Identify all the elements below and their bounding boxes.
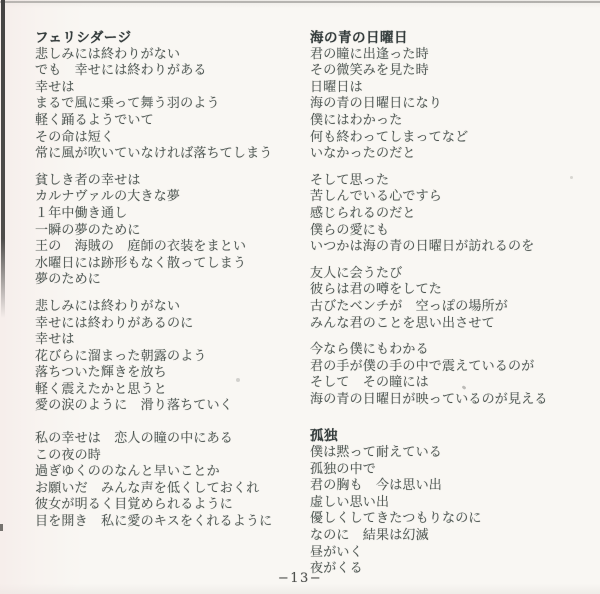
lyric-line: 今なら僕にもわかる xyxy=(310,342,548,359)
lyric-line: 僕らの愛にも xyxy=(310,223,548,240)
lyric-line: 貧しき者の幸せは xyxy=(35,173,272,190)
booklet-page: フェリシダージ悲しみには終わりがないでも 幸せには終わりがある幸せはまるで風に乗… xyxy=(0,0,600,594)
lyric-line: 夢のために xyxy=(35,272,272,289)
song-title: フェリシダージ xyxy=(35,30,272,47)
lyric-line: 王の 海賊の 庭師の衣装をまとい xyxy=(35,239,272,256)
lyric-line: 過ぎゆくののなんと早いことか xyxy=(35,464,272,481)
lyric-block: 孤独僕は黙って耐えている孤独の中で君の胸も 今は思い出虚しい思い出優しくしてきた… xyxy=(310,428,548,577)
lyric-line: 愛の涙のように 滑り落ちていく xyxy=(35,398,272,415)
lyric-line: 目を開き 私に愛のキスをくれるように xyxy=(35,514,272,531)
lyric-line: そして その瞳には xyxy=(310,375,548,392)
lyric-line: 苦しんでいる心ですら xyxy=(310,189,548,206)
lyric-block: フェリシダージ悲しみには終わりがないでも 幸せには終わりがある幸せはまるで風に乗… xyxy=(35,30,272,163)
lyric-line: カルナヴァルの大きな夢 xyxy=(35,189,272,206)
lyric-line: 昼がいく xyxy=(310,545,548,562)
lyric-line: お願いだ みんな声を低くしておくれ xyxy=(35,481,272,498)
page-number: −13− xyxy=(0,571,600,587)
lyric-block: 海の青の日曜日君の瞳に出逢った時その微笑みを見た時日曜日は海の青の日曜日になり僕… xyxy=(310,30,548,163)
lyric-line: その命は短く xyxy=(35,130,272,147)
lyric-line: 友人に会うたび xyxy=(310,266,548,283)
lyric-line: 君の手が僕の手の中で震えているのが xyxy=(310,359,548,376)
lyric-line: 花びらに溜まった朝露のよう xyxy=(35,349,272,366)
lyric-line: この夜の時 xyxy=(35,448,272,465)
lyric-block: 悲しみには終わりがない幸せには終わりがあるのに幸せは花びらに溜まった朝露のよう落… xyxy=(35,299,272,415)
lyric-line: 何も終わってしまってなど xyxy=(310,130,548,147)
lyric-line: 悲しみには終わりがない xyxy=(35,47,272,64)
lyric-line: その微笑みを見た時 xyxy=(310,63,548,80)
lyric-line: 幸せには終わりがあるのに xyxy=(35,316,272,333)
lyrics-column-left: フェリシダージ悲しみには終わりがないでも 幸せには終わりがある幸せはまるで風に乗… xyxy=(35,30,272,531)
lyric-block: 私の幸せは 恋人の瞳の中にあるこの夜の時過ぎゆくののなんと早いことかお願いだ み… xyxy=(35,431,272,531)
lyric-line: 日曜日は xyxy=(310,80,548,97)
lyric-line: 優しくしてきたつもりなのに xyxy=(310,511,548,528)
lyric-line: 僕は黙って耐えている xyxy=(310,445,548,462)
lyric-block: 友人に会うたび彼らは君の噂をしてた古びたベンチが 空っぽの場所がみんな君のことを… xyxy=(310,266,548,332)
lyric-line: 海の青の日曜日が映っているのが見える xyxy=(310,392,548,409)
scan-speckle xyxy=(0,524,3,531)
lyrics-column-right: 海の青の日曜日君の瞳に出逢った時その微笑みを見た時日曜日は海の青の日曜日になり僕… xyxy=(310,30,548,578)
song-title: 海の青の日曜日 xyxy=(310,30,548,47)
lyric-line: いつかは海の青の日曜日が訪れるのを xyxy=(310,239,548,256)
lyric-line: 海の青の日曜日になり xyxy=(310,96,548,113)
lyric-line: みんな君のことを思い出させて xyxy=(310,316,548,333)
lyric-line: 君の胸も 今は思い出 xyxy=(310,478,548,495)
lyric-line: 悲しみには終わりがない xyxy=(35,299,272,316)
lyric-line: １年中働き通し xyxy=(35,206,272,223)
scan-left-edge xyxy=(1,0,5,318)
lyric-line: なのに 結果は幻滅 xyxy=(310,528,548,545)
lyric-line: 感じられるのだと xyxy=(310,206,548,223)
lyric-line: 軽く震えたかと思うと xyxy=(35,382,272,399)
lyric-line: 一瞬の夢のために xyxy=(35,223,272,240)
lyric-line: 私の幸せは 恋人の瞳の中にある xyxy=(35,431,272,448)
lyric-line: 水曜日には跡形もなく散ってしまう xyxy=(35,256,272,273)
lyric-line: でも 幸せには終わりがある xyxy=(35,63,272,80)
lyric-line: 幸せは xyxy=(35,332,272,349)
lyric-line: 君の瞳に出逢った時 xyxy=(310,47,548,64)
lyric-line: いなかったのだと xyxy=(310,146,548,163)
lyric-block: 貧しき者の幸せはカルナヴァルの大きな夢１年中働き通し一瞬の夢のために王の 海賊の… xyxy=(35,173,272,289)
lyric-block: そして思った苦しんでいる心ですら感じられるのだと僕らの愛にもいつかは海の青の日曜… xyxy=(310,173,548,256)
lyric-line: 彼らは君の噂をしてた xyxy=(310,282,548,299)
lyric-block: 今なら僕にもわかる君の手が僕の手の中で震えているのがそして その瞳には海の青の日… xyxy=(310,342,548,408)
lyric-line: 古びたベンチが 空っぽの場所が xyxy=(310,299,548,316)
lyric-line: 彼女が明るく目覚められるように xyxy=(35,497,272,514)
song-title: 孤独 xyxy=(310,428,548,445)
lyric-line: 僕にはわかった xyxy=(310,113,548,130)
lyric-line: まるで風に乗って舞う羽のよう xyxy=(35,96,272,113)
scan-top-edge xyxy=(0,1,600,3)
lyric-line: 幸せは xyxy=(35,80,272,97)
scan-speckle xyxy=(570,176,573,179)
lyric-line: 虚しい思い出 xyxy=(310,495,548,512)
lyric-line: 孤独の中で xyxy=(310,462,548,479)
lyric-line: そして思った xyxy=(310,173,548,190)
lyric-line: 常に風が吹いていなければ落ちてしまう xyxy=(35,146,272,163)
lyric-line: 軽く踊るようでいて xyxy=(35,113,272,130)
lyric-line: 落ちついた輝きを放ち xyxy=(35,365,272,382)
